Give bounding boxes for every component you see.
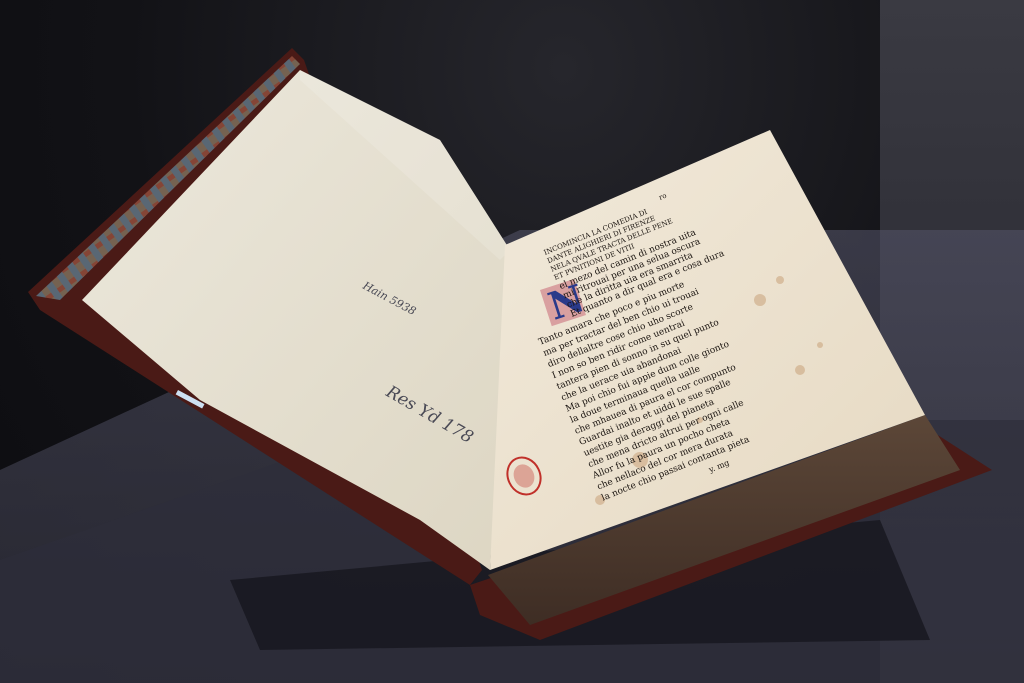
book-illustration: INCOMINCIA LA COMEDIA DI DANTE ALIGHIERI… xyxy=(0,0,1024,683)
photo-scene: INCOMINCIA LA COMEDIA DI DANTE ALIGHIERI… xyxy=(0,0,1024,683)
